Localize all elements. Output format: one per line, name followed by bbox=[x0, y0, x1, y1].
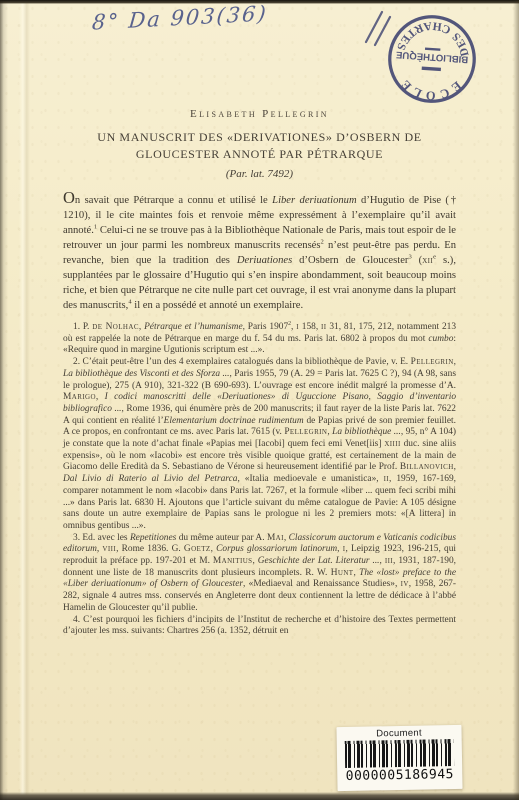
title-line-1: UN MANUSCRIT DES «DERIVATIONES» D’OSBERN… bbox=[63, 129, 456, 146]
footnote-4: 4. C’est pourquoi les fichiers d’incipit… bbox=[63, 615, 456, 638]
footnote-1: 1. P. de Nolhac, Pétrarque et l’humanism… bbox=[63, 322, 456, 357]
article-title: UN MANUSCRIT DES «DERIVATIONES» D’OSBERN… bbox=[63, 129, 456, 163]
scan-edge-bottom bbox=[0, 792, 519, 800]
body-paragraph: On savait que Pétrarque a connu et utili… bbox=[63, 193, 456, 313]
page-fold-highlight bbox=[19, 0, 30, 800]
scanned-page: 8° Da 903(36) ÉCOLE DES CHARTES BIBLIOTH… bbox=[0, 0, 519, 800]
scan-edge-right bbox=[513, 0, 519, 800]
footnote-3: 3. Ed. avec les Repetitiones du même aut… bbox=[63, 533, 456, 615]
library-stamp-icon: ÉCOLE DES CHARTES BIBLIOTHÈQUE bbox=[384, 11, 480, 107]
barcode-icon bbox=[345, 739, 454, 768]
footnotes-block: 1. P. de Nolhac, Pétrarque et l’humanism… bbox=[63, 322, 456, 638]
scan-edge-left bbox=[0, 0, 8, 800]
footnote-2: 2. C’était peut-être l’un des 4 exemplai… bbox=[63, 357, 456, 533]
svg-text:ÉCOLE: ÉCOLE bbox=[395, 74, 465, 105]
barcode-label-title: Document bbox=[340, 727, 457, 740]
stamp-center-text: BIBLIOTHÈQUE bbox=[395, 49, 469, 65]
barcode-label: Document 0000005186945 bbox=[336, 725, 462, 791]
article: Elisabeth Pellegrin UN MANUSCRIT DES «DE… bbox=[63, 108, 456, 638]
author-name: Elisabeth Pellegrin bbox=[63, 108, 456, 120]
handwritten-shelfmark: 8° Da 903(36) bbox=[91, 1, 269, 34]
manuscript-reference: (Par. lat. 7492) bbox=[63, 168, 456, 180]
stamp-arc-top-text: ÉCOLE bbox=[395, 74, 465, 105]
title-line-2: GLOUCESTER ANNOTÉ PAR PÉTRARQUE bbox=[63, 146, 456, 163]
barcode-number: 0000005186945 bbox=[341, 767, 458, 784]
